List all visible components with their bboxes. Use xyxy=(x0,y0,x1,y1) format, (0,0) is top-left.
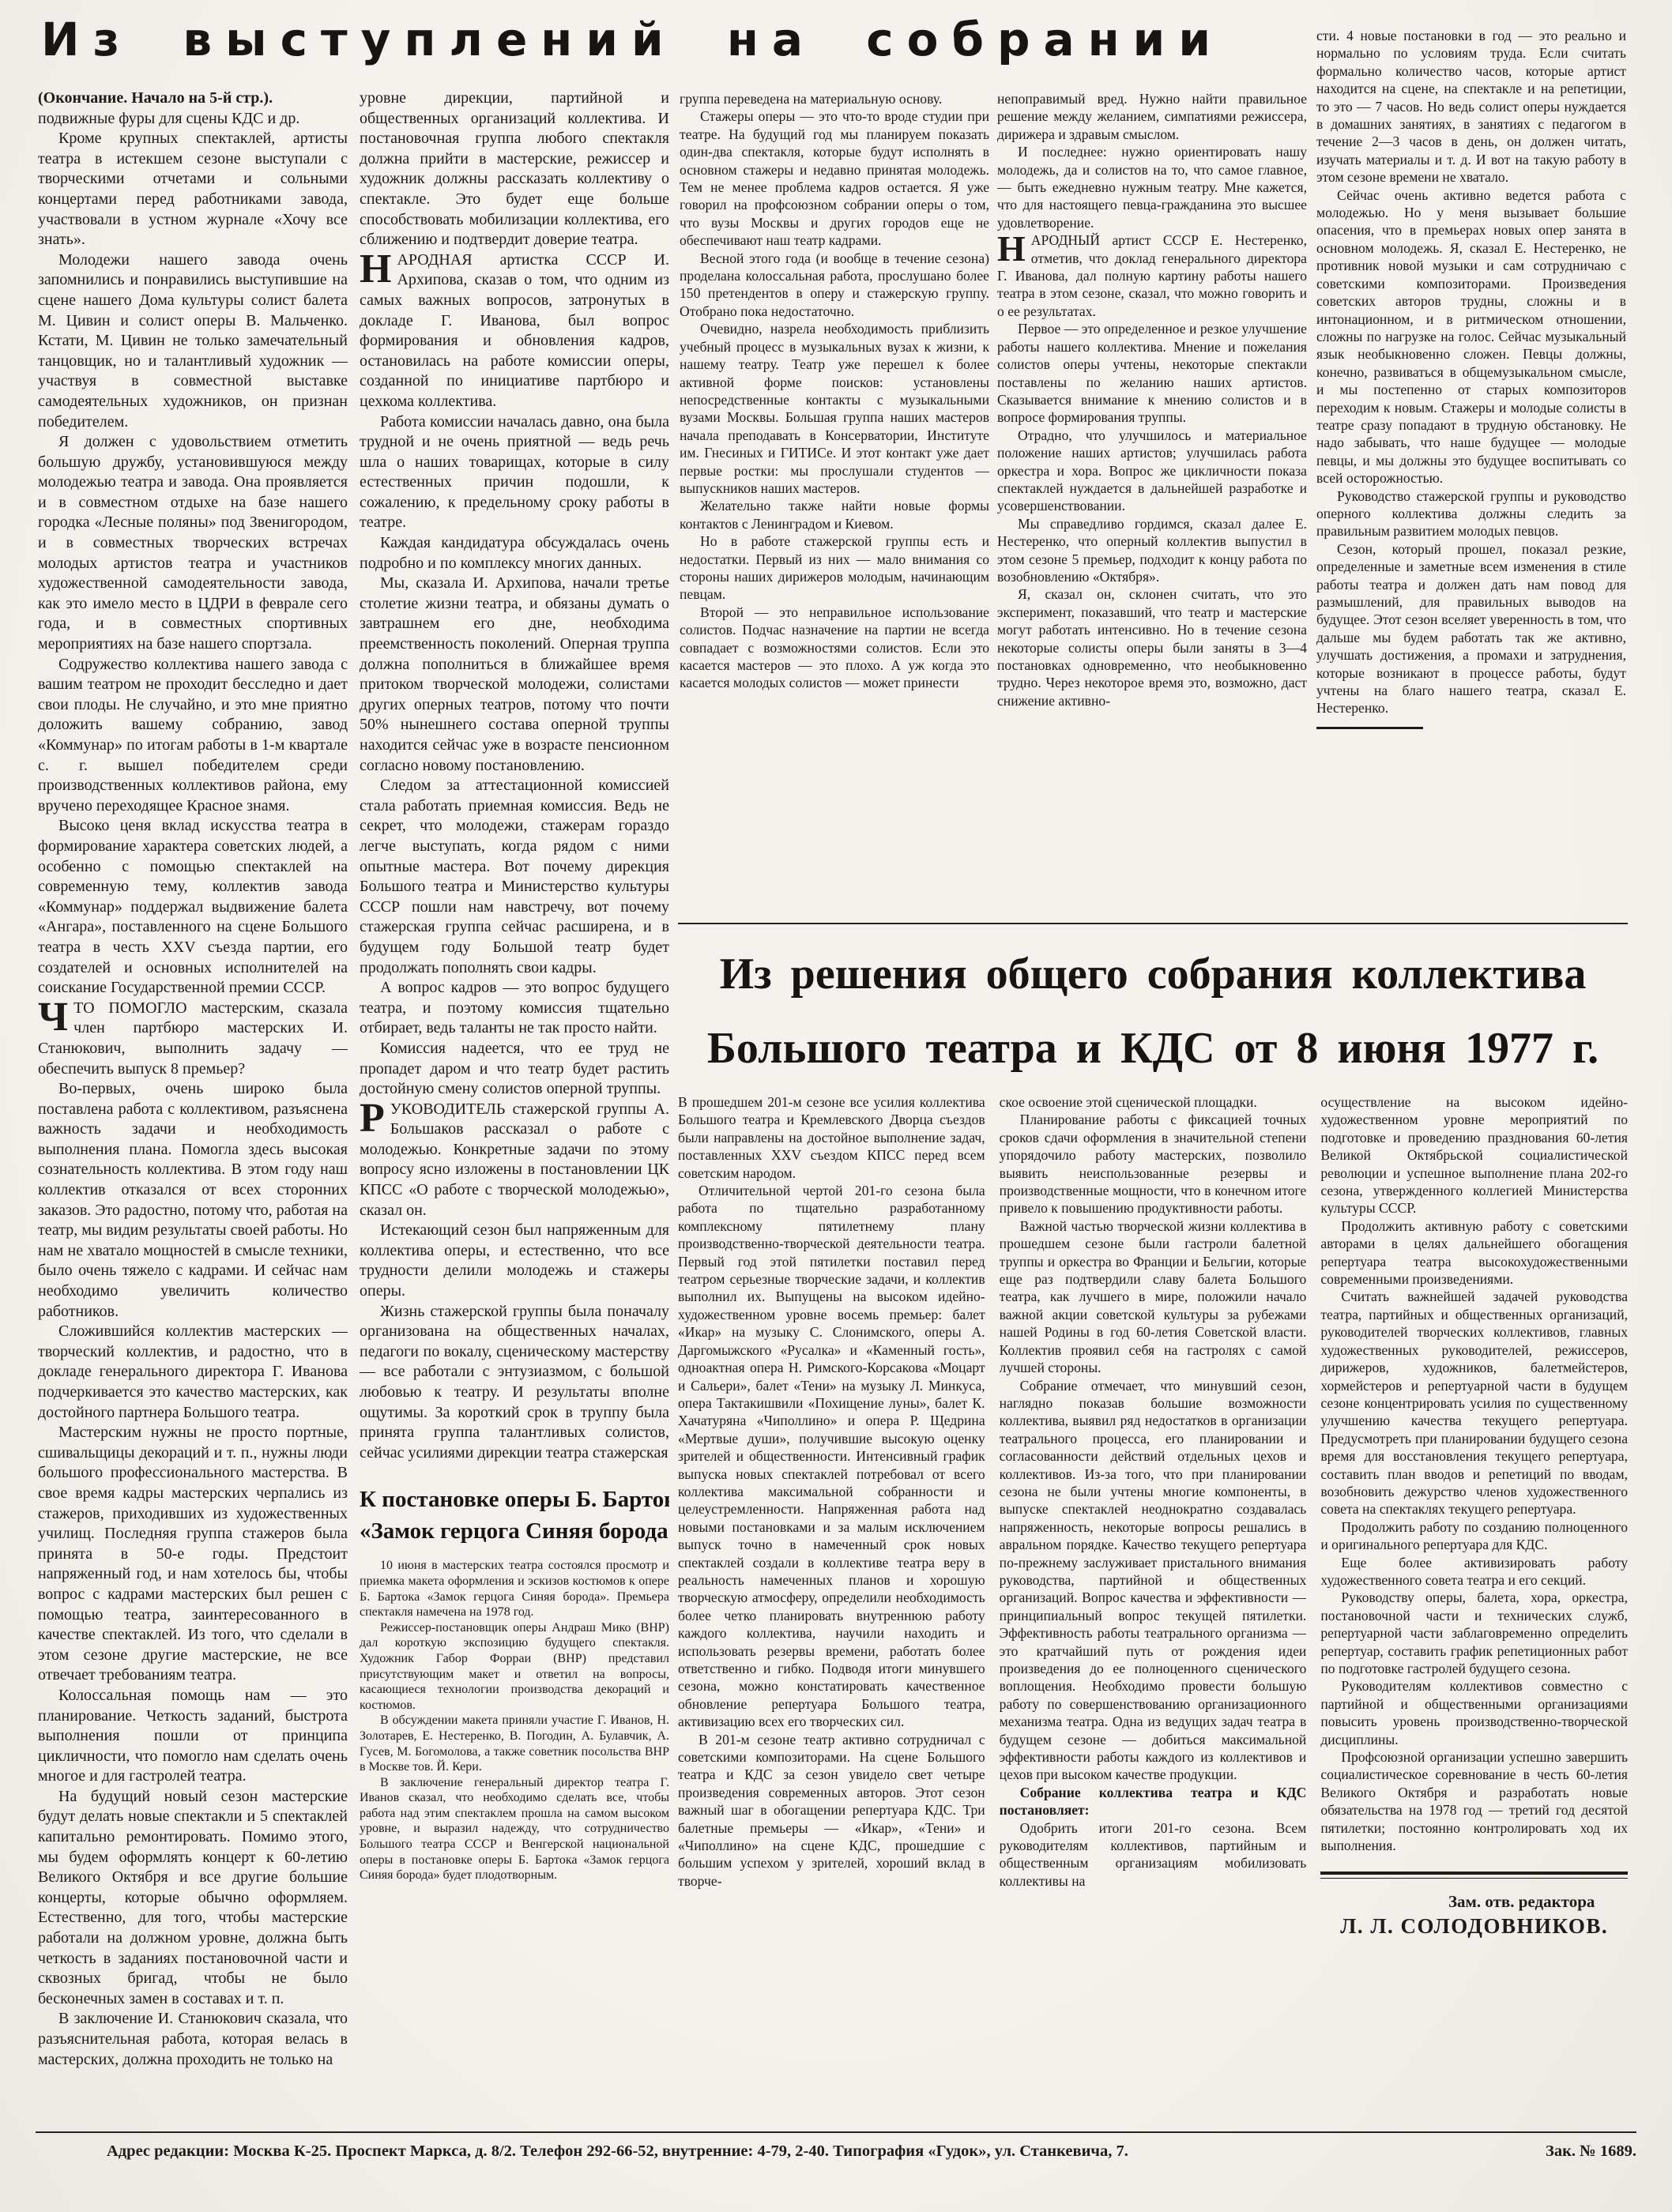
article1-column-3: группа переведена на материальную основу… xyxy=(680,90,989,920)
paragraph: НАРОДНАЯ артистка СССР И. Архипова, сказ… xyxy=(360,250,669,412)
article2: Из решения общего собрания коллектива Бо… xyxy=(678,923,1628,2148)
paragraph: Каждая кандидатура обсуждалась очень под… xyxy=(360,533,669,574)
paragraph: Содружество коллектива нашего завода с в… xyxy=(38,655,348,817)
paragraph: Очевидно, назрела необходимость приблизи… xyxy=(680,320,989,497)
paragraph: Комиссия надеется, что ее труд не пропад… xyxy=(360,1039,669,1100)
article1-column-1: (Окончание. Начало на 5-й стр.).подвижны… xyxy=(38,88,348,2131)
paragraph: непоправимый вред. Нужно найти правильно… xyxy=(997,90,1307,143)
paragraph: уровне дирекции, партийной и общественны… xyxy=(360,88,669,250)
paragraph: (Окончание. Начало на 5-й стр.). xyxy=(38,88,348,109)
article2-headline-line1: Из решения общего собрания коллектива xyxy=(678,950,1628,999)
paragraph: Сезон, который прошел, показал резкие, о… xyxy=(1316,540,1626,717)
signature-name: Л. Л. СОЛОДОВНИКОВ. xyxy=(1320,1917,1628,1935)
paragraph: Руководству оперы, балета, хора, оркестр… xyxy=(1320,1589,1628,1677)
paragraph: Я, сказал он, склонен считать, что это э… xyxy=(997,585,1307,709)
article1-column-2: уровне дирекции, партийной и общественны… xyxy=(360,88,669,2131)
paragraph: Но в работе стажерской группы есть и нед… xyxy=(680,532,989,604)
main-headline: Из выступлений на собрании xyxy=(41,13,1297,81)
signature-rule xyxy=(1320,1872,1628,1879)
paragraph: Считать важнейшей задачей руководства те… xyxy=(1320,1288,1628,1518)
footer-address: Адрес редакции: Москва К-25. Проспект Ма… xyxy=(36,2142,1128,2161)
article1-column-4: непоправимый вред. Нужно найти правильно… xyxy=(997,90,1307,943)
paragraph: Истекающий сезон был напряженным для кол… xyxy=(360,1221,669,1301)
drop-cap: Р xyxy=(360,1100,390,1135)
paragraph: Руководство стажерской группы и руководс… xyxy=(1316,487,1626,540)
paragraph: осуществление на высоком идейно-художест… xyxy=(1320,1093,1628,1217)
paragraph: Продолжить активную работу с советскими … xyxy=(1320,1217,1628,1288)
paragraph: Планирование работы с фиксацией точных с… xyxy=(1000,1111,1307,1217)
paragraph: Во-первых, очень широко была поставлена … xyxy=(38,1079,348,1322)
paragraph: Второй — это неправильное использование … xyxy=(680,604,989,692)
subarticle-body: 10 июня в мастерских театра состоялся пр… xyxy=(360,1558,669,1883)
article2-headline-line2: Большого театра и КДС от 8 июня 1977 г. xyxy=(678,1024,1628,1073)
paragraph: Руководителям коллективов совместно с па… xyxy=(1320,1677,1628,1748)
article2-column-1: В прошедшем 201-м сезоне все усилия колл… xyxy=(678,1093,985,2148)
paragraph: На будущий новый сезон мастерские будут … xyxy=(38,1787,348,2010)
paragraph: Желательно также найти новые формы конта… xyxy=(680,497,989,532)
article1-column-5: сти. 4 новые постановки в год — это реал… xyxy=(1316,27,1626,921)
article2-column-3: осуществление на высоком идейно-художест… xyxy=(1320,1093,1628,2148)
paragraph: Стажеры оперы — это что-то вроде студии … xyxy=(680,107,989,249)
drop-cap: Ч xyxy=(38,999,73,1034)
paragraph: группа переведена на материальную основу… xyxy=(680,90,989,107)
subarticle-heading-line2: «Замок герцога Синяя борода» xyxy=(360,1515,669,1547)
paragraph: Высоко ценя вклад искусства театра в фор… xyxy=(38,816,348,998)
article2-headline: Из решения общего собрания коллектива Бо… xyxy=(678,950,1628,1073)
paragraph: Еще более активизировать работу художест… xyxy=(1320,1554,1628,1589)
paragraph: Весной этого года (и вообще в течение се… xyxy=(680,250,989,321)
signature-role: Зам. отв. редактора xyxy=(1320,1893,1628,1910)
paragraph: Я должен с удовольствием отметить большу… xyxy=(38,432,348,655)
article2-column-3-text: осуществление на высоком идейно-художест… xyxy=(1320,1093,1628,1854)
article2-column-2: ское освоение этой сценической площадки.… xyxy=(1000,1093,1307,2148)
paragraph: НАРОДНЫЙ артист СССР Е. Нестеренко, отме… xyxy=(997,231,1307,320)
article1-column-2-text: уровне дирекции, партийной и общественны… xyxy=(360,88,669,1463)
newspaper-page: Из выступлений на собрании (Окончание. Н… xyxy=(0,0,1672,2212)
paragraph: А вопрос кадров — это вопрос будущего те… xyxy=(360,978,669,1039)
paragraph: 10 июня в мастерских театра состоялся пр… xyxy=(360,1558,669,1619)
paragraph: В 201-м сезоне театр активно сотрудничал… xyxy=(678,1731,985,1890)
subarticle-heading-line1: К постановке оперы Б. Бартока xyxy=(360,1484,669,1515)
paragraph: И последнее: нужно ориентировать нашу мо… xyxy=(997,143,1307,231)
end-of-article-rule xyxy=(1316,727,1423,729)
paragraph: Следом за аттестационной комиссией стала… xyxy=(360,776,669,978)
footer: Адрес редакции: Москва К-25. Проспект Ма… xyxy=(36,2131,1636,2161)
paragraph: Режиссер-постановщик оперы Андраш Мико (… xyxy=(360,1620,669,1714)
paragraph: Кроме крупных спектаклей, артисты театра… xyxy=(38,129,348,250)
subarticle: К постановке оперы Б. Бартока «Замок гер… xyxy=(360,1484,669,1883)
drop-cap: Н xyxy=(360,250,397,286)
paragraph: Мастерским нужны не просто портные, сшив… xyxy=(38,1423,348,1686)
paragraph: В обсуждении макета приняли участие Г. И… xyxy=(360,1713,669,1774)
paragraph: Отличительной чертой 201-го сезона была … xyxy=(678,1182,985,1731)
paragraph: Собрание коллектива театра и КДС постано… xyxy=(1000,1784,1307,1819)
paragraph: Профсоюзной организации успешно завершит… xyxy=(1320,1748,1628,1854)
paragraph: В прошедшем 201-м сезоне все усилия колл… xyxy=(678,1093,985,1182)
article2-columns: В прошедшем 201-м сезоне все усилия колл… xyxy=(678,1093,1628,2148)
paragraph: Одобрить итоги 201-го сезона. Всем руков… xyxy=(1000,1819,1307,1890)
paragraph: Мы справедливо гордимся, сказал далее Е.… xyxy=(997,515,1307,586)
subarticle-heading: К постановке оперы Б. Бартока «Замок гер… xyxy=(360,1484,669,1547)
paragraph: Собрание отмечает, что минувший сезон, н… xyxy=(1000,1377,1307,1784)
paragraph: ское освоение этой сценической площадки. xyxy=(1000,1093,1307,1111)
paragraph: Отрадно, что улучшилось и материальное п… xyxy=(997,427,1307,515)
paragraph: В заключение генеральный директор театра… xyxy=(360,1775,669,1883)
paragraph: Мы, сказала И. Архипова, начали третье с… xyxy=(360,574,669,776)
paragraph: Жизнь стажерской группы была поначалу ор… xyxy=(360,1302,669,1464)
paragraph: В заключение И. Станюкович сказала, что … xyxy=(38,2009,348,2070)
paragraph: подвижные фуры для сцены КДС и др. xyxy=(38,109,348,130)
article2-separator-rule xyxy=(678,923,1628,924)
drop-cap: Н xyxy=(997,231,1031,264)
paragraph: Важной частью творческой жизни коллектив… xyxy=(1000,1217,1307,1377)
paragraph: сти. 4 новые постановки в год — это реал… xyxy=(1316,27,1626,186)
paragraph: Сейчас очень активно ведется работа с мо… xyxy=(1316,186,1626,487)
paragraph: Молодежи нашего завода очень запомнились… xyxy=(38,250,348,432)
paragraph: РУКОВОДИТЕЛЬ стажерской группы А. Больша… xyxy=(360,1100,669,1221)
footer-order-number: Зак. № 1689. xyxy=(1546,2142,1636,2161)
paragraph: Работа комиссии началась давно, она была… xyxy=(360,412,669,534)
paragraph: Первое — это определенное и резкое улучш… xyxy=(997,320,1307,426)
paragraph: Сложившийся коллектив мастерских — творч… xyxy=(38,1322,348,1423)
paragraph: Колоссальная помощь нам — это планирован… xyxy=(38,1686,348,1787)
paragraph: Продолжить работу по созданию полноценно… xyxy=(1320,1518,1628,1554)
paragraph: ЧТО ПОМОГЛО мастерским, сказала член пар… xyxy=(38,999,348,1079)
